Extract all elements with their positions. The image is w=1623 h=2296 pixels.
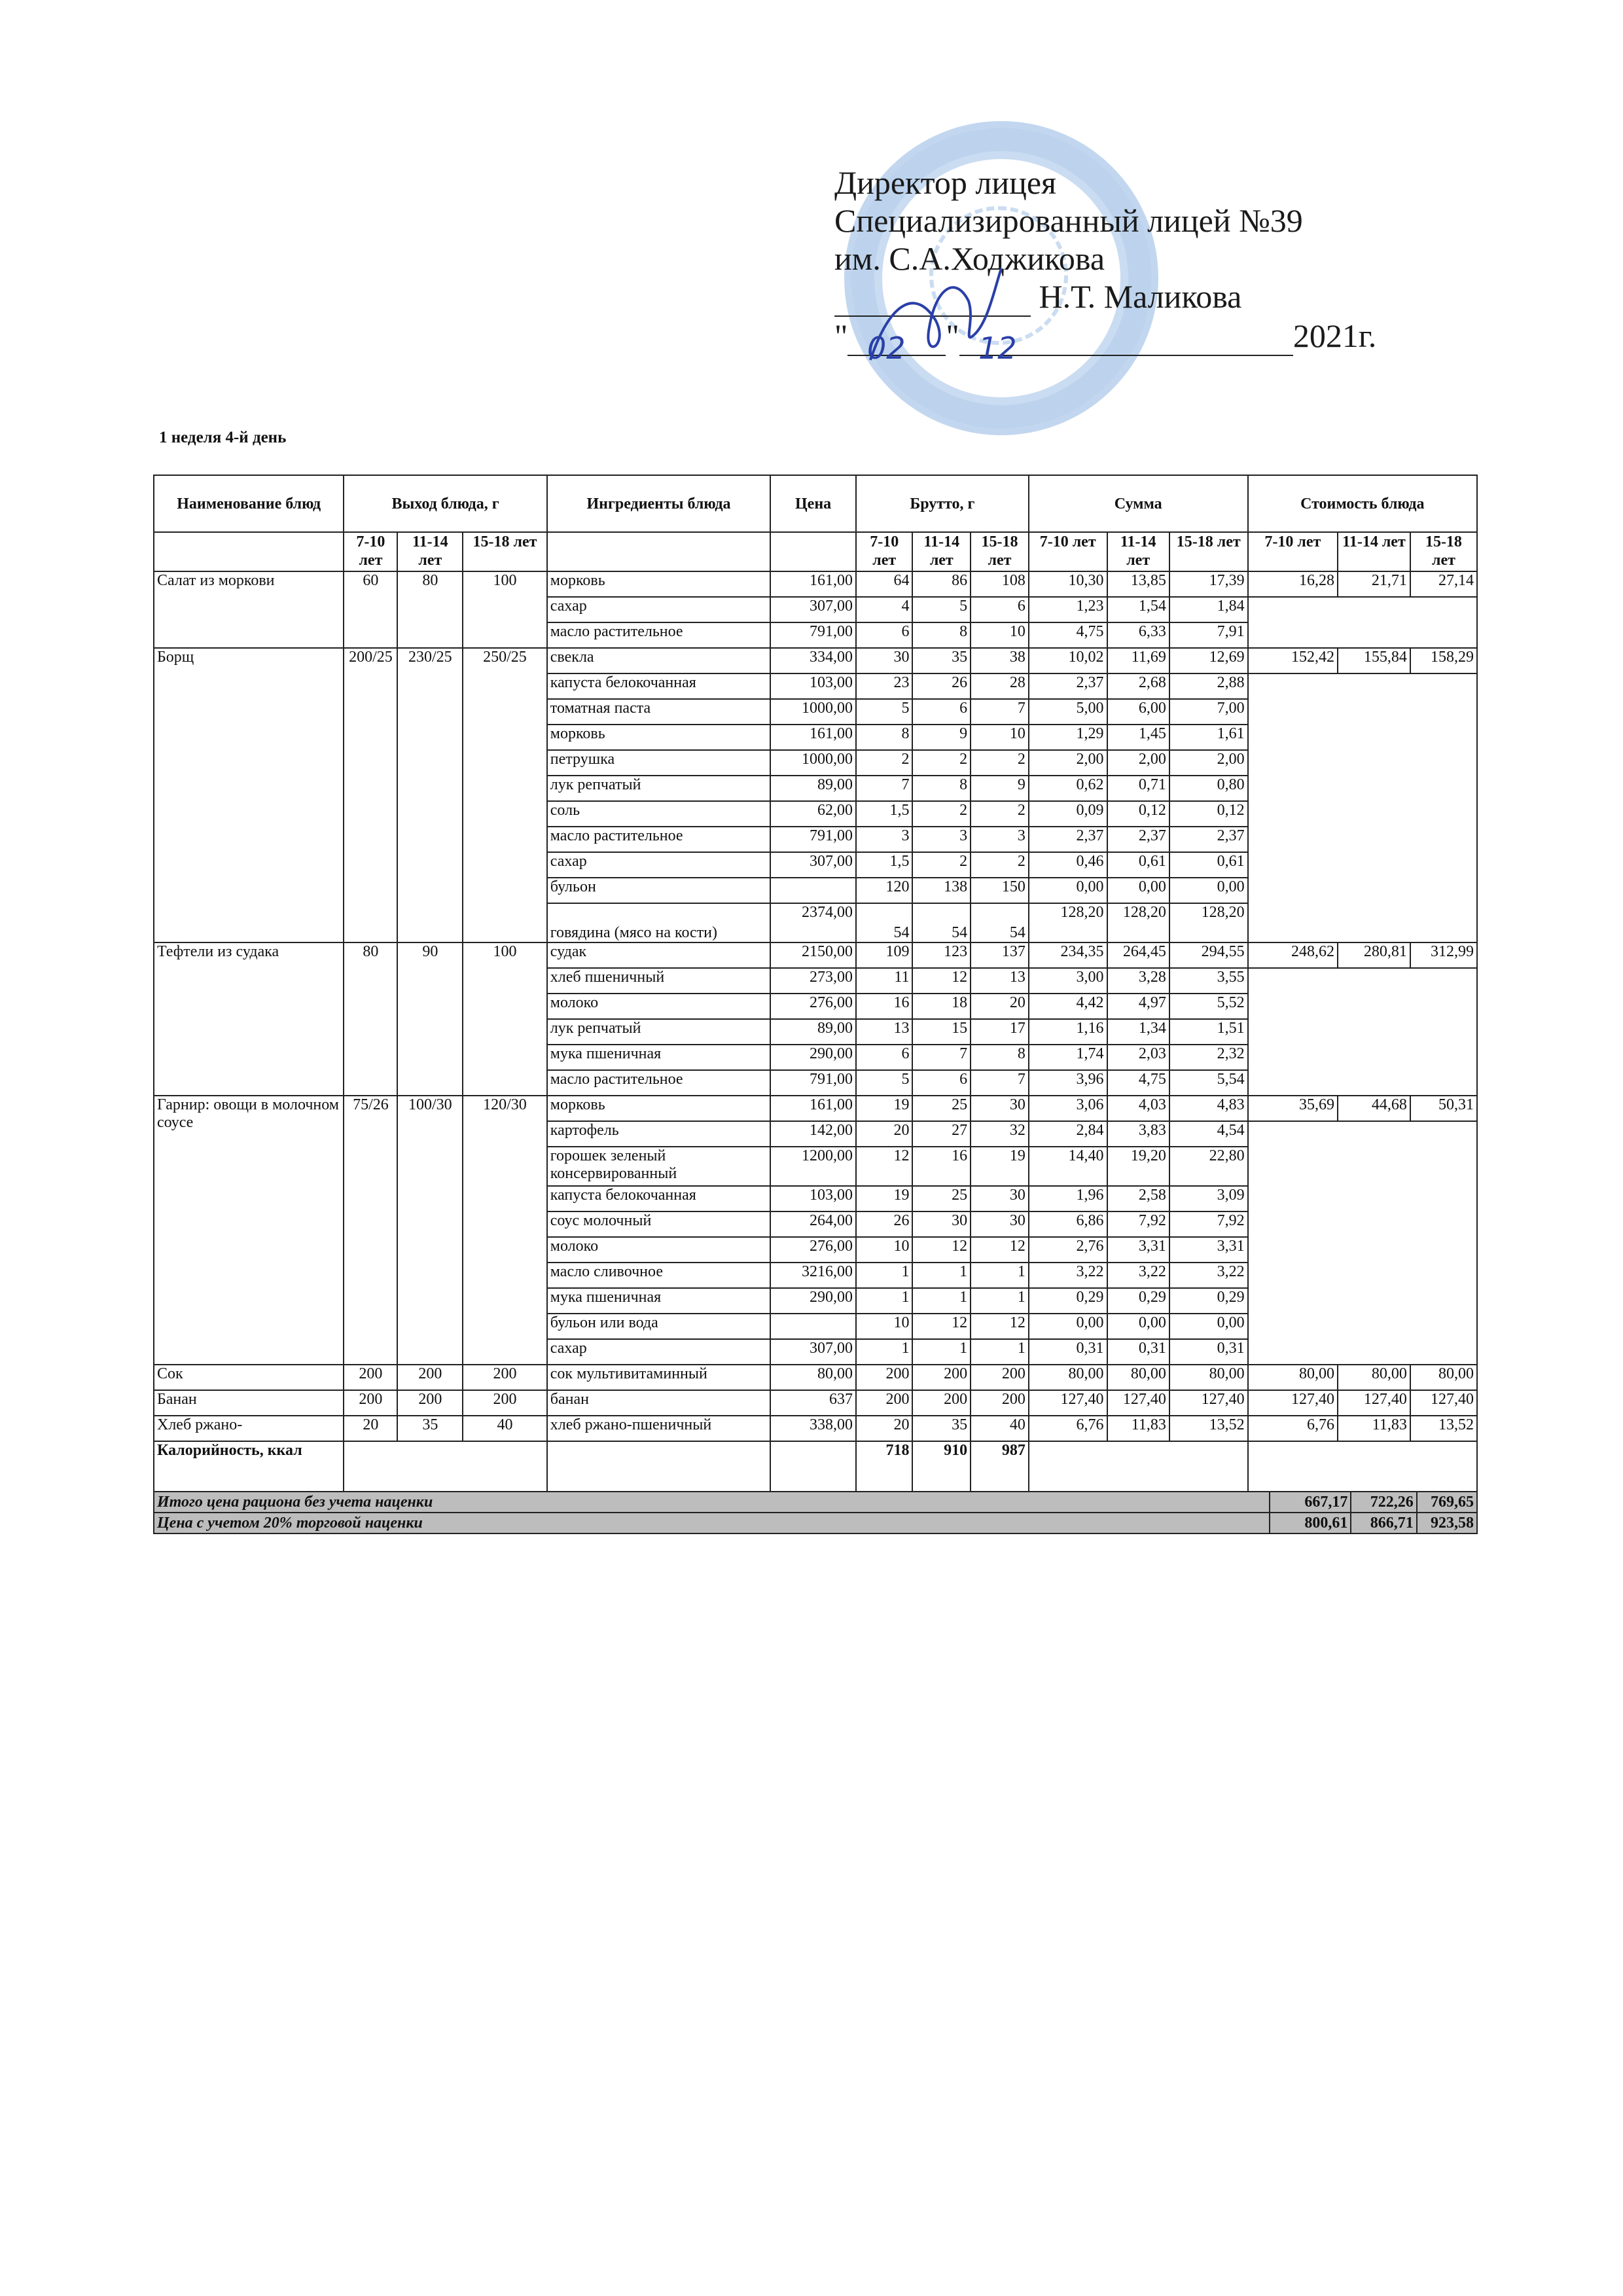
ingredient-gross-1: 86 <box>912 571 971 597</box>
ingredient-gross-1: 1 <box>912 1339 971 1365</box>
ingredient-price <box>770 878 856 903</box>
ingredient-gross-1: 3 <box>912 827 971 852</box>
ingredient-gross-1: 12 <box>912 968 971 994</box>
ingredient-sum-2: 2,37 <box>1169 827 1248 852</box>
ingredient-sum-1: 19,20 <box>1107 1147 1169 1186</box>
dish-yield-2: 100 <box>463 942 547 1096</box>
dish-name: Тефтели из судака <box>154 942 344 1096</box>
header-blank <box>547 532 770 571</box>
ingredient-gross-0: 1 <box>856 1288 912 1314</box>
dish-yield-2: 250/25 <box>463 648 547 942</box>
approval-title: Директор лицея <box>834 164 1397 202</box>
ingredient-sum-2: 1,61 <box>1169 725 1248 750</box>
ingredient-sum-1: 4,03 <box>1107 1096 1169 1121</box>
ingredient-gross-1: 2 <box>912 750 971 776</box>
ingredient-sum-2: 5,54 <box>1169 1070 1248 1096</box>
ingredient-sum-0: 1,29 <box>1029 725 1107 750</box>
ingredient-sum-1: 3,83 <box>1107 1121 1169 1147</box>
ingredient-gross-1: 7 <box>912 1045 971 1070</box>
ingredient-gross-1: 200 <box>912 1365 971 1390</box>
ingredient-gross-1: 1 <box>912 1263 971 1288</box>
dish-yield-1: 200 <box>397 1365 463 1390</box>
dish-cost-1: 21,71 <box>1338 571 1410 597</box>
ingredient-gross-2: 200 <box>971 1390 1029 1416</box>
ingredient-sum-0: 3,22 <box>1029 1263 1107 1288</box>
ingredient-price: 791,00 <box>770 827 856 852</box>
ingredient-sum-2: 12,69 <box>1169 648 1248 673</box>
calories-value-0: 718 <box>856 1441 912 1498</box>
ingredient-gross-2: 200 <box>971 1365 1029 1390</box>
ingredient-sum-2: 0,80 <box>1169 776 1248 801</box>
ingredient-sum-1: 13,85 <box>1107 571 1169 597</box>
ingredient-gross-0: 4 <box>856 597 912 622</box>
dish-cost-1: 155,84 <box>1338 648 1410 673</box>
header-age-groups: 7-10 лет11-14 лет15-18 лет7-10 лет11-14 … <box>154 532 1477 571</box>
ingredient-sum-0: 234,35 <box>1029 942 1107 968</box>
dish-cost-0: 80,00 <box>1248 1365 1338 1390</box>
ingredient-name: морковь <box>547 725 770 750</box>
ingredient-sum-0: 127,40 <box>1029 1390 1107 1416</box>
signatory-name: Н.Т. Маликова <box>1039 278 1242 315</box>
header-sum-age-0: 7-10 лет <box>1029 532 1107 571</box>
dish-cost-2: 80,00 <box>1410 1365 1477 1390</box>
ingredient-sum-1: 2,03 <box>1107 1045 1169 1070</box>
dish-yield-2: 120/30 <box>463 1096 547 1365</box>
header-yield: Выход блюда, г <box>344 475 546 532</box>
header-blank <box>154 532 344 571</box>
ingredient-name: бульон <box>547 878 770 903</box>
ingredient-gross-0: 19 <box>856 1186 912 1211</box>
ingredient-name: капуста белокочанная <box>547 1186 770 1211</box>
ingredient-name: мука пшеничная <box>547 1288 770 1314</box>
ingredient-name: соус молочный <box>547 1211 770 1237</box>
approval-org: Специализированный лицей №39 <box>834 202 1397 240</box>
ingredient-sum-0: 1,96 <box>1029 1186 1107 1211</box>
ingredient-sum-1: 4,75 <box>1107 1070 1169 1096</box>
ingredient-sum-0: 10,30 <box>1029 571 1107 597</box>
ingredient-name: морковь <box>547 571 770 597</box>
ingredient-sum-0: 5,00 <box>1029 699 1107 725</box>
ingredient-gross-1: 123 <box>912 942 971 968</box>
dish-cost-0: 152,42 <box>1248 648 1338 673</box>
ingredient-sum-0: 6,76 <box>1029 1416 1107 1441</box>
ingredient-sum-2: 80,00 <box>1169 1365 1248 1390</box>
ingredient-price: 334,00 <box>770 648 856 673</box>
ingredient-name: молоко <box>547 1237 770 1263</box>
ingredient-price: 637 <box>770 1390 856 1416</box>
ingredient-gross-0: 1 <box>856 1339 912 1365</box>
table-row: Тефтели из судака8090100судак2150,001091… <box>154 942 1477 968</box>
ingredient-sum-2: 0,29 <box>1169 1288 1248 1314</box>
ingredient-sum-0: 3,96 <box>1029 1070 1107 1096</box>
ingredient-sum-1: 2,37 <box>1107 827 1169 852</box>
ingredient-sum-1: 0,61 <box>1107 852 1169 878</box>
ingredient-gross-0: 3 <box>856 827 912 852</box>
dish-cost-2: 158,29 <box>1410 648 1477 673</box>
ingredient-gross-2: 54 <box>971 903 1029 942</box>
dish-yield-1: 230/25 <box>397 648 463 942</box>
calories-blank <box>1029 1441 1248 1498</box>
ingredient-sum-2: 22,80 <box>1169 1147 1248 1186</box>
ingredient-sum-0: 0,46 <box>1029 852 1107 878</box>
ingredient-sum-0: 1,23 <box>1029 597 1107 622</box>
ingredient-sum-0: 6,86 <box>1029 1211 1107 1237</box>
ingredient-sum-2: 3,55 <box>1169 968 1248 994</box>
ingredient-name: свекла <box>547 648 770 673</box>
dish-name: Банан <box>154 1390 344 1416</box>
ingredient-name: масло сливочное <box>547 1263 770 1288</box>
ingredient-gross-2: 28 <box>971 673 1029 699</box>
ingredient-sum-0: 0,00 <box>1029 878 1107 903</box>
ingredient-gross-1: 12 <box>912 1314 971 1339</box>
ingredient-name: соль <box>547 801 770 827</box>
ingredient-sum-1: 127,40 <box>1107 1390 1169 1416</box>
ingredient-sum-1: 264,45 <box>1107 942 1169 968</box>
header-gross-age-2: 15-18 лет <box>971 532 1029 571</box>
header-sum-age-2: 15-18 лет <box>1169 532 1248 571</box>
ingredient-sum-0: 0,31 <box>1029 1339 1107 1365</box>
ingredient-sum-1: 3,31 <box>1107 1237 1169 1263</box>
ingredient-gross-0: 19 <box>856 1096 912 1121</box>
day-label: 1 неделя 4-й день <box>159 429 286 447</box>
ingredient-gross-2: 2 <box>971 750 1029 776</box>
ingredient-price: 791,00 <box>770 1070 856 1096</box>
dish-cost-0: 16,28 <box>1248 571 1338 597</box>
ingredient-price: 3216,00 <box>770 1263 856 1288</box>
ingredient-gross-2: 10 <box>971 725 1029 750</box>
ingredient-name: сахар <box>547 852 770 878</box>
ingredient-gross-0: 8 <box>856 725 912 750</box>
ingredient-sum-2: 1,84 <box>1169 597 1248 622</box>
ingredient-gross-2: 1 <box>971 1288 1029 1314</box>
ingredient-sum-0: 10,02 <box>1029 648 1107 673</box>
ingredient-gross-0: 54 <box>856 903 912 942</box>
ingredient-sum-2: 128,20 <box>1169 903 1248 942</box>
header-cost-age-1: 11-14 лет <box>1338 532 1410 571</box>
dish-name: Сок <box>154 1365 344 1390</box>
dish-name: Салат из моркови <box>154 571 344 648</box>
table-row: Салат из моркови6080100морковь161,006486… <box>154 571 1477 597</box>
ingredient-sum-0: 0,62 <box>1029 776 1107 801</box>
ingredient-sum-0: 2,37 <box>1029 827 1107 852</box>
ingredient-sum-0: 2,76 <box>1029 1237 1107 1263</box>
ingredient-name: картофель <box>547 1121 770 1147</box>
totals-value-0: 667,17 <box>1270 1492 1351 1513</box>
ingredient-gross-0: 20 <box>856 1121 912 1147</box>
dish-cost-1: 44,68 <box>1338 1096 1410 1121</box>
ingredient-sum-0: 3,06 <box>1029 1096 1107 1121</box>
ingredient-sum-2: 7,92 <box>1169 1211 1248 1237</box>
ingredient-gross-2: 150 <box>971 878 1029 903</box>
ingredient-gross-2: 32 <box>971 1121 1029 1147</box>
ingredient-sum-0: 2,00 <box>1029 750 1107 776</box>
ingredient-sum-1: 6,33 <box>1107 622 1169 648</box>
dish-name: Гарнир: овощи в молочном соусе <box>154 1096 344 1365</box>
dish-cost-blank <box>1248 597 1477 648</box>
ingredient-sum-1: 128,20 <box>1107 903 1169 942</box>
ingredient-gross-1: 2 <box>912 801 971 827</box>
ingredient-gross-2: 6 <box>971 597 1029 622</box>
ingredient-gross-1: 9 <box>912 725 971 750</box>
ingredient-gross-1: 8 <box>912 622 971 648</box>
ingredient-gross-1: 5 <box>912 597 971 622</box>
header-cost-age-2: 15-18 лет <box>1410 532 1477 571</box>
dish-cost-2: 312,99 <box>1410 942 1477 968</box>
ingredient-gross-0: 30 <box>856 648 912 673</box>
ingredient-sum-1: 1,34 <box>1107 1019 1169 1045</box>
dish-cost-1: 280,81 <box>1338 942 1410 968</box>
dish-yield-1: 35 <box>397 1416 463 1441</box>
ingredient-sum-2: 127,40 <box>1169 1390 1248 1416</box>
dish-cost-2: 13,52 <box>1410 1416 1477 1441</box>
ingredient-gross-2: 12 <box>971 1237 1029 1263</box>
ingredient-gross-0: 13 <box>856 1019 912 1045</box>
ingredient-price: 1000,00 <box>770 750 856 776</box>
ingredient-sum-1: 6,00 <box>1107 699 1169 725</box>
dish-yield-1: 80 <box>397 571 463 648</box>
header-cost-age-0: 7-10 лет <box>1248 532 1338 571</box>
totals-value-0: 800,61 <box>1270 1513 1351 1534</box>
ingredient-sum-1: 4,97 <box>1107 994 1169 1019</box>
ingredient-sum-1: 2,68 <box>1107 673 1169 699</box>
ingredient-sum-1: 80,00 <box>1107 1365 1169 1390</box>
ingredient-price <box>770 1314 856 1339</box>
ingredient-gross-1: 15 <box>912 1019 971 1045</box>
ingredient-sum-1: 0,00 <box>1107 1314 1169 1339</box>
ingredient-price: 89,00 <box>770 776 856 801</box>
dish-yield-0: 200 <box>344 1390 397 1416</box>
ingredient-price: 103,00 <box>770 1186 856 1211</box>
ingredient-gross-1: 8 <box>912 776 971 801</box>
ingredient-gross-2: 137 <box>971 942 1029 968</box>
table-row: Борщ200/25230/25250/25свекла334,00303538… <box>154 648 1477 673</box>
dish-yield-2: 100 <box>463 571 547 648</box>
ingredient-sum-1: 11,69 <box>1107 648 1169 673</box>
dish-cost-2: 27,14 <box>1410 571 1477 597</box>
table-row: Хлеб ржано-203540хлеб ржано-пшеничный338… <box>154 1416 1477 1441</box>
ingredient-name: сок мультивитаминный <box>547 1365 770 1390</box>
ingredient-gross-1: 200 <box>912 1390 971 1416</box>
table-row: Банан200200200банан637200200200127,40127… <box>154 1390 1477 1416</box>
ingredient-sum-0: 0,00 <box>1029 1314 1107 1339</box>
dish-cost-0: 6,76 <box>1248 1416 1338 1441</box>
totals-label: Итого цена рациона без учета наценки <box>154 1492 1270 1513</box>
ingredient-price: 273,00 <box>770 968 856 994</box>
ingredient-sum-1: 1,45 <box>1107 725 1169 750</box>
ingredient-price: 264,00 <box>770 1211 856 1237</box>
ingredient-gross-1: 12 <box>912 1237 971 1263</box>
ingredient-sum-2: 2,88 <box>1169 673 1248 699</box>
header-gross-age-0: 7-10 лет <box>856 532 912 571</box>
ingredient-sum-2: 3,22 <box>1169 1263 1248 1288</box>
ingredient-gross-1: 54 <box>912 903 971 942</box>
ingredient-gross-0: 2 <box>856 750 912 776</box>
ingredient-name: капуста белокочанная <box>547 673 770 699</box>
ingredient-price: 791,00 <box>770 622 856 648</box>
ingredient-price: 338,00 <box>770 1416 856 1441</box>
ingredient-price: 290,00 <box>770 1045 856 1070</box>
ingredient-name: бульон или вода <box>547 1314 770 1339</box>
ingredient-sum-1: 1,54 <box>1107 597 1169 622</box>
ingredient-gross-1: 138 <box>912 878 971 903</box>
dish-yield-1: 90 <box>397 942 463 1096</box>
header-gross: Брутто, г <box>856 475 1029 532</box>
ingredient-gross-0: 1,5 <box>856 801 912 827</box>
header-yield-age-1: 11-14 лет <box>397 532 463 571</box>
table-row: Гарнир: овощи в молочном соусе75/26100/3… <box>154 1096 1477 1121</box>
ingredient-price: 161,00 <box>770 571 856 597</box>
ingredient-gross-0: 6 <box>856 1045 912 1070</box>
ingredient-sum-0: 2,84 <box>1029 1121 1107 1147</box>
ingredient-sum-0: 4,42 <box>1029 994 1107 1019</box>
ingredient-gross-1: 18 <box>912 994 971 1019</box>
ingredient-sum-2: 4,83 <box>1169 1096 1248 1121</box>
dish-cost-2: 50,31 <box>1410 1096 1477 1121</box>
ingredient-name: мука пшеничная <box>547 1045 770 1070</box>
ingredient-sum-1: 0,29 <box>1107 1288 1169 1314</box>
ingredient-gross-2: 30 <box>971 1186 1029 1211</box>
ingredient-gross-1: 25 <box>912 1096 971 1121</box>
ingredient-price: 276,00 <box>770 994 856 1019</box>
ingredient-sum-0: 14,40 <box>1029 1147 1107 1186</box>
ingredient-gross-2: 40 <box>971 1416 1029 1441</box>
header-yield-age-0: 7-10 лет <box>344 532 397 571</box>
ingredient-sum-2: 4,54 <box>1169 1121 1248 1147</box>
ingredient-price: 161,00 <box>770 1096 856 1121</box>
ingredient-sum-2: 3,31 <box>1169 1237 1248 1263</box>
ingredient-gross-1: 1 <box>912 1288 971 1314</box>
table-row: Сок200200200сок мультивитаминный80,00200… <box>154 1365 1477 1390</box>
ingredient-name: лук репчатый <box>547 776 770 801</box>
ingredient-gross-1: 27 <box>912 1121 971 1147</box>
ingredient-price: 89,00 <box>770 1019 856 1045</box>
ingredient-gross-2: 7 <box>971 1070 1029 1096</box>
dish-name: Борщ <box>154 648 344 942</box>
ingredient-name: масло растительное <box>547 1070 770 1096</box>
ingredient-sum-2: 3,09 <box>1169 1186 1248 1211</box>
ingredient-name: банан <box>547 1390 770 1416</box>
calories-blank <box>770 1441 856 1498</box>
ingredient-gross-0: 5 <box>856 1070 912 1096</box>
totals-value-2: 923,58 <box>1417 1513 1477 1534</box>
header-blank <box>770 532 856 571</box>
ingredient-gross-1: 35 <box>912 648 971 673</box>
calories-value-1: 910 <box>912 1441 971 1498</box>
ingredient-sum-1: 0,31 <box>1107 1339 1169 1365</box>
ingredient-sum-2: 5,52 <box>1169 994 1248 1019</box>
dish-yield-0: 80 <box>344 942 397 1096</box>
ingredient-price: 103,00 <box>770 673 856 699</box>
ingredient-gross-0: 12 <box>856 1147 912 1186</box>
ingredient-gross-0: 120 <box>856 878 912 903</box>
calories-row: Калорийность, ккал718910987 <box>154 1441 1477 1498</box>
dish-yield-2: 40 <box>463 1416 547 1441</box>
ingredient-name: хлеб пшеничный <box>547 968 770 994</box>
ingredient-price: 276,00 <box>770 1237 856 1263</box>
totals-label: Цена с учетом 20% торговой наценки <box>154 1513 1270 1534</box>
ingredient-price: 161,00 <box>770 725 856 750</box>
ingredient-gross-1: 2 <box>912 852 971 878</box>
ingredient-sum-0: 4,75 <box>1029 622 1107 648</box>
dish-yield-2: 200 <box>463 1390 547 1416</box>
ingredient-name: масло растительное <box>547 827 770 852</box>
calories-blank <box>1248 1441 1477 1498</box>
totals-table: Итого цена рациона без учета наценки667,… <box>153 1491 1478 1534</box>
ingredient-name: сахар <box>547 1339 770 1365</box>
dish-yield-1: 100/30 <box>397 1096 463 1365</box>
ingredient-name: судак <box>547 942 770 968</box>
dish-cost-1: 80,00 <box>1338 1365 1410 1390</box>
ingredient-gross-0: 200 <box>856 1365 912 1390</box>
ingredient-name: масло растительное <box>547 622 770 648</box>
ingredient-gross-0: 7 <box>856 776 912 801</box>
ingredient-gross-2: 1 <box>971 1263 1029 1288</box>
header-sum-age-1: 11-14 лет <box>1107 532 1169 571</box>
ingredient-gross-1: 16 <box>912 1147 971 1186</box>
ingredient-price: 307,00 <box>770 852 856 878</box>
ingredient-sum-2: 2,00 <box>1169 750 1248 776</box>
ingredient-sum-1: 2,58 <box>1107 1186 1169 1211</box>
ingredient-gross-0: 1 <box>856 1263 912 1288</box>
dish-name: Хлеб ржано- <box>154 1416 344 1441</box>
ingredient-gross-2: 12 <box>971 1314 1029 1339</box>
dish-cost-blank <box>1248 1121 1477 1365</box>
ingredient-gross-1: 26 <box>912 673 971 699</box>
ingredient-price: 1200,00 <box>770 1147 856 1186</box>
ingredient-price: 290,00 <box>770 1288 856 1314</box>
header-dish-name: Наименование блюд <box>154 475 344 532</box>
ingredient-sum-2: 7,91 <box>1169 622 1248 648</box>
ingredient-price: 307,00 <box>770 1339 856 1365</box>
ingredient-gross-0: 10 <box>856 1314 912 1339</box>
ingredient-sum-0: 80,00 <box>1029 1365 1107 1390</box>
ingredient-sum-2: 0,12 <box>1169 801 1248 827</box>
calories-blank <box>344 1441 546 1498</box>
ingredient-gross-2: 30 <box>971 1211 1029 1237</box>
ingredient-gross-2: 7 <box>971 699 1029 725</box>
dish-cost-0: 35,69 <box>1248 1096 1338 1121</box>
totals-value-1: 722,26 <box>1351 1492 1416 1513</box>
header-dish-cost: Стоимость блюда <box>1248 475 1477 532</box>
ingredient-sum-1: 0,12 <box>1107 801 1169 827</box>
dish-cost-1: 11,83 <box>1338 1416 1410 1441</box>
totals-row: Итого цена рациона без учета наценки667,… <box>154 1492 1477 1513</box>
ingredient-gross-2: 108 <box>971 571 1029 597</box>
ingredient-gross-0: 10 <box>856 1237 912 1263</box>
ingredient-name: горошек зеленый консервированный <box>547 1147 770 1186</box>
ingredient-gross-1: 6 <box>912 699 971 725</box>
ingredient-sum-1: 3,22 <box>1107 1263 1169 1288</box>
ingredient-price: 80,00 <box>770 1365 856 1390</box>
ingredient-sum-0: 0,29 <box>1029 1288 1107 1314</box>
menu-table: Наименование блюд Выход блюда, г Ингреди… <box>153 475 1478 1524</box>
ingredient-name: морковь <box>547 1096 770 1121</box>
ingredient-gross-2: 10 <box>971 622 1029 648</box>
ingredient-name: петрушка <box>547 750 770 776</box>
ingredient-name: сахар <box>547 597 770 622</box>
dish-cost-1: 127,40 <box>1338 1390 1410 1416</box>
ingredient-gross-0: 109 <box>856 942 912 968</box>
ingredient-sum-1: 11,83 <box>1107 1416 1169 1441</box>
ingredient-name: хлеб ржано-пшеничный <box>547 1416 770 1441</box>
ingredient-gross-2: 17 <box>971 1019 1029 1045</box>
ingredient-sum-1: 0,00 <box>1107 878 1169 903</box>
ingredient-sum-0: 128,20 <box>1029 903 1107 942</box>
calories-blank <box>547 1441 770 1498</box>
totals-row: Цена с учетом 20% торговой наценки800,61… <box>154 1513 1477 1534</box>
ingredient-price: 307,00 <box>770 597 856 622</box>
ingredient-gross-0: 26 <box>856 1211 912 1237</box>
